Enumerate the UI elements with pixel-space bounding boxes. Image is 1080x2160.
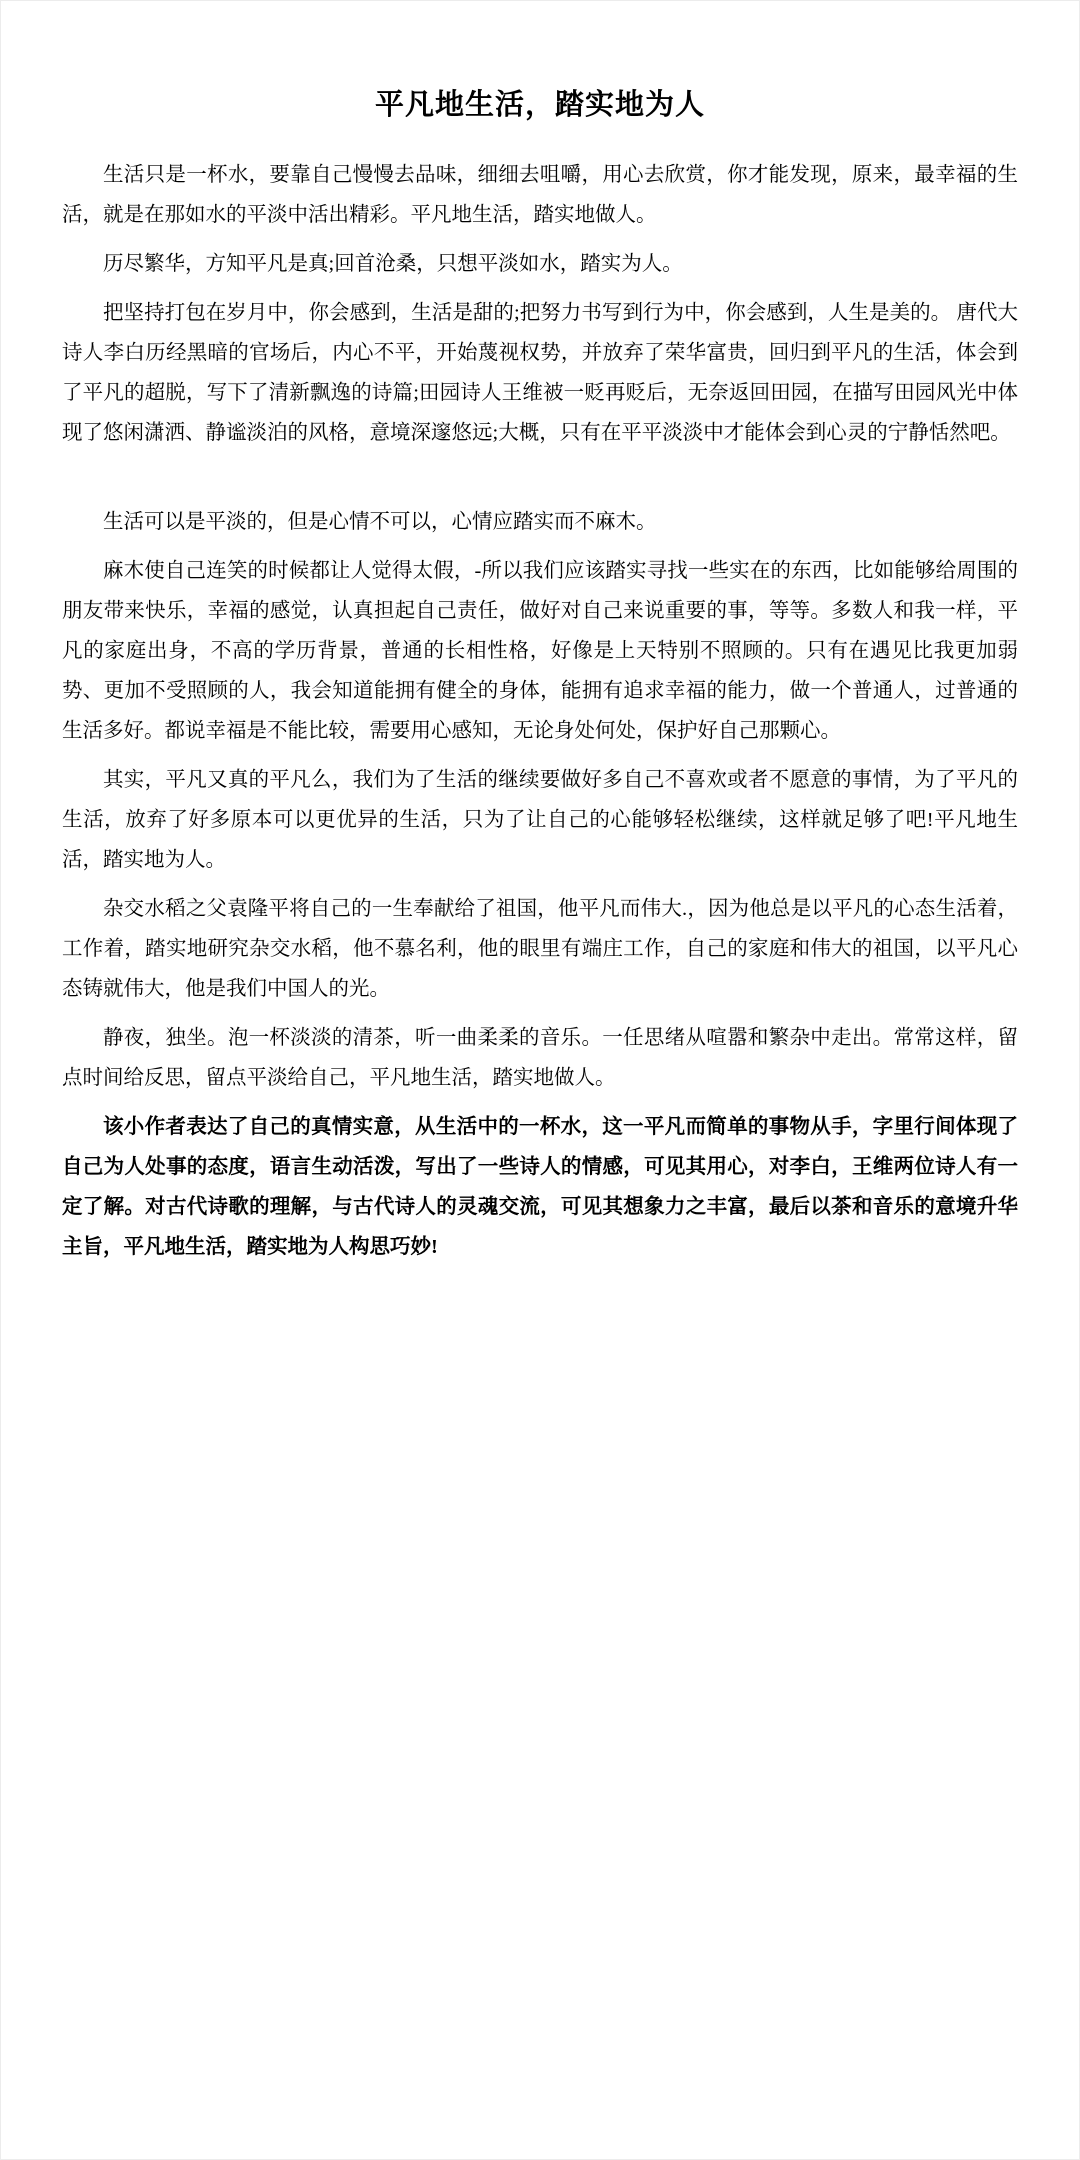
essay-paragraph-3: 把坚持打包在岁月中，你会感到，生活是甜的;把努力书写到行为中，你会感到，人生是美… [62,293,1018,453]
essay-paragraph-5: 麻木使自己连笑的时候都让人觉得太假，-所以我们应该踏实寻找一些实在的东西，比如能… [62,551,1018,751]
essay-paragraph-2: 历尽繁华，方知平凡是真;回首沧桑，只想平淡如水，踏实为人。 [62,244,1018,284]
essay-paragraph-8: 静夜，独坐。泡一杯淡淡的清茶，听一曲柔柔的音乐。一任思绪从喧嚣和繁杂中走出。常常… [62,1018,1018,1098]
essay-title: 平凡地生活，踏实地为人 [62,82,1018,123]
essay-paragraph-1: 生活只是一杯水，要靠自己慢慢去品味，细细去咀嚼，用心去欣赏，你才能发现，原来，最… [62,155,1018,235]
essay-paragraph-6: 其实，平凡又真的平凡么，我们为了生活的继续要做好多自己不喜欢或者不愿意的事情，为… [62,760,1018,880]
essay-paragraph-7: 杂交水稻之父袁隆平将自己的一生奉献给了祖国，他平凡而伟大.，因为他总是以平凡的心… [62,889,1018,1009]
essay-commentary-paragraph: 该小作者表达了自己的真情实意，从生活中的一杯水，这一平凡而简单的事物从手，字里行… [62,1107,1018,1267]
document-page: 平凡地生活，踏实地为人 生活只是一杯水，要靠自己慢慢去品味，细细去咀嚼，用心去欣… [0,0,1080,2160]
blank-line [62,462,1018,502]
essay-body: 生活只是一杯水，要靠自己慢慢去品味，细细去咀嚼，用心去欣赏，你才能发现，原来，最… [62,155,1018,1267]
essay-paragraph-4: 生活可以是平淡的，但是心情不可以，心情应踏实而不麻木。 [62,502,1018,542]
